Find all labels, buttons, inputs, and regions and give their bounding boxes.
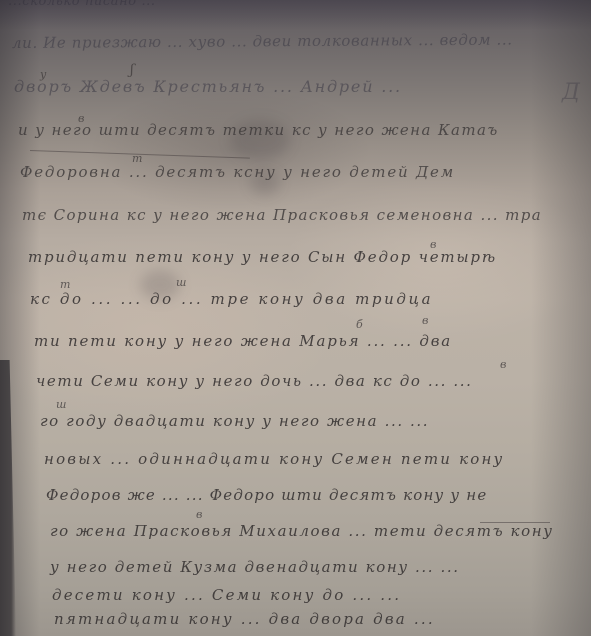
manuscript-line: Федоров же ... ... Федоро шти десятъ кон… (46, 486, 487, 504)
manuscript-line: у него детей Кузма двенадцати кону ... .… (50, 558, 460, 576)
manuscript-line: и у него шти десятъ тетки кс у него жена… (18, 121, 499, 139)
manuscript-line: чети Семи кону у него дочь ... два кс до… (36, 372, 472, 390)
superscript-mark: ш (176, 276, 186, 289)
superscript-mark: в (500, 358, 506, 371)
manuscript-line: тє Сорина кс у него жена Прасковья семен… (22, 206, 542, 224)
superscript-mark: т (60, 278, 70, 291)
margin-note: Д (562, 80, 580, 105)
manuscript-line: Федоровна ... десятъ ксну у него детей Д… (20, 163, 455, 181)
superscript-mark: ʃ (130, 62, 134, 78)
superscript-mark: в (430, 238, 436, 251)
manuscript-page: ...сколько писано ... ли. Ие приезжаю ..… (0, 0, 591, 636)
manuscript-text: ...сколько писано ... ли. Ие приезжаю ..… (0, 0, 591, 636)
superscript-mark: в (196, 508, 202, 521)
manuscript-line: ти пети кону у него жена Марья ... ... д… (34, 332, 452, 350)
superscript-mark: в (78, 112, 84, 125)
manuscript-line: дворъ Ждевъ Крестьянъ ... Андрей ... (14, 77, 402, 96)
manuscript-line: ли. Ие приезжаю ... хуво ... двеи толков… (12, 31, 513, 52)
superscript-mark: в (422, 314, 428, 327)
manuscript-line: десети кону ... Семи кону до ... ... (52, 586, 401, 604)
manuscript-line: пятнадцати кону ... два двора два ... (54, 610, 435, 628)
superscript-mark: ш (56, 398, 66, 411)
superscript-mark: у (40, 68, 46, 81)
manuscript-line: кс до ... ... до ... тре кону два тридца (30, 290, 433, 308)
manuscript-line: новых ... одиннадцати кону Семен пети ко… (44, 450, 504, 468)
manuscript-line: ...сколько писано ... (8, 0, 156, 9)
manuscript-line: тридцати пети кону у него Сын Федор четы… (28, 248, 497, 266)
superscript-mark: б (356, 318, 363, 331)
manuscript-line: го году двадцати кону у него жена ... ..… (40, 412, 429, 430)
manuscript-line: го жена Прасковья Михаилова ... тети дес… (50, 522, 554, 540)
